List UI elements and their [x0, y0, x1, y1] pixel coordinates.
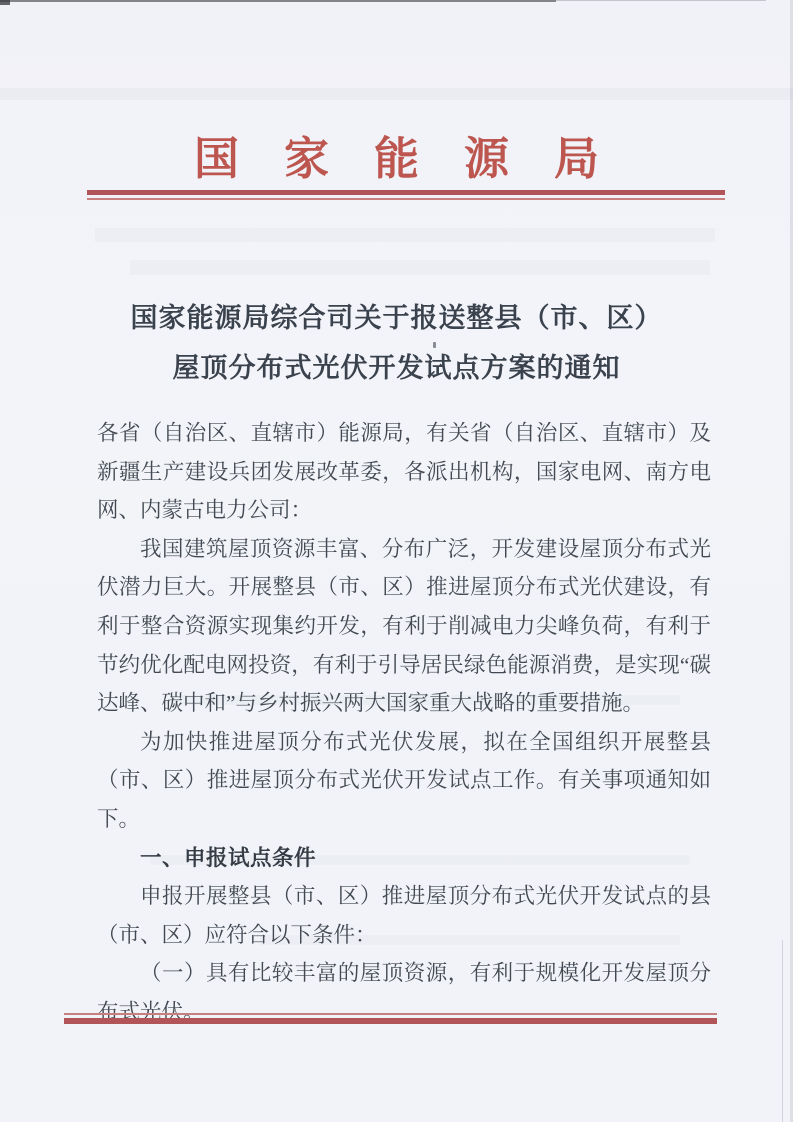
body-paragraph: 为加快推进屋顶分布式光伏发展，拟在全国组织开展整县（市、区）推进屋顶分布式光伏开… [97, 723, 711, 839]
body-paragraph: 我国建筑屋顶资源丰富、分布广泛，开发建设屋顶分布式光伏潜力巨大。开展整县（市、区… [97, 530, 711, 723]
scan-artifact-top-edge [556, 0, 766, 1]
scan-bleed-streak [0, 88, 793, 100]
document-body: 各省（自治区、直辖市）能源局，有关省（自治区、直辖市）及新疆生产建设兵团发展改革… [97, 414, 711, 1032]
document-title-line-2: 屋顶分布式光伏开发试点方案的通知 [0, 343, 793, 393]
body-paragraph: 申报开展整县（市、区）推进屋顶分布式光伏开发试点的县（市、区）应符合以下条件： [97, 877, 711, 954]
document-title-line-1: 国家能源局综合司关于报送整县（市、区） [0, 293, 793, 343]
scan-artifact-page-edge-line [782, 940, 783, 1122]
document-title: 国家能源局综合司关于报送整县（市、区） 屋顶分布式光伏开发试点方案的通知 [0, 293, 793, 393]
address-paragraph: 各省（自治区、直辖市）能源局，有关省（自治区、直辖市）及新疆生产建设兵团发展改革… [97, 414, 711, 530]
scan-artifact-top-edge [0, 0, 556, 2]
scan-artifact-corner-mark [0, 0, 10, 5]
scan-bleed-streak [95, 228, 715, 242]
section-heading: 一、申报试点条件 [97, 839, 711, 878]
footer-rule [64, 1013, 717, 1024]
scan-bleed-streak [130, 260, 710, 275]
masthead-rule [87, 190, 725, 200]
footer-rule-thick-line [64, 1018, 717, 1024]
scanned-notice-page: 国家能源局 国家能源局综合司关于报送整县（市、区） 屋顶分布式光伏开发试点方案的… [0, 0, 793, 1122]
masthead-rule-thin-line [87, 198, 725, 200]
agency-masthead: 国家能源局 [0, 137, 793, 182]
